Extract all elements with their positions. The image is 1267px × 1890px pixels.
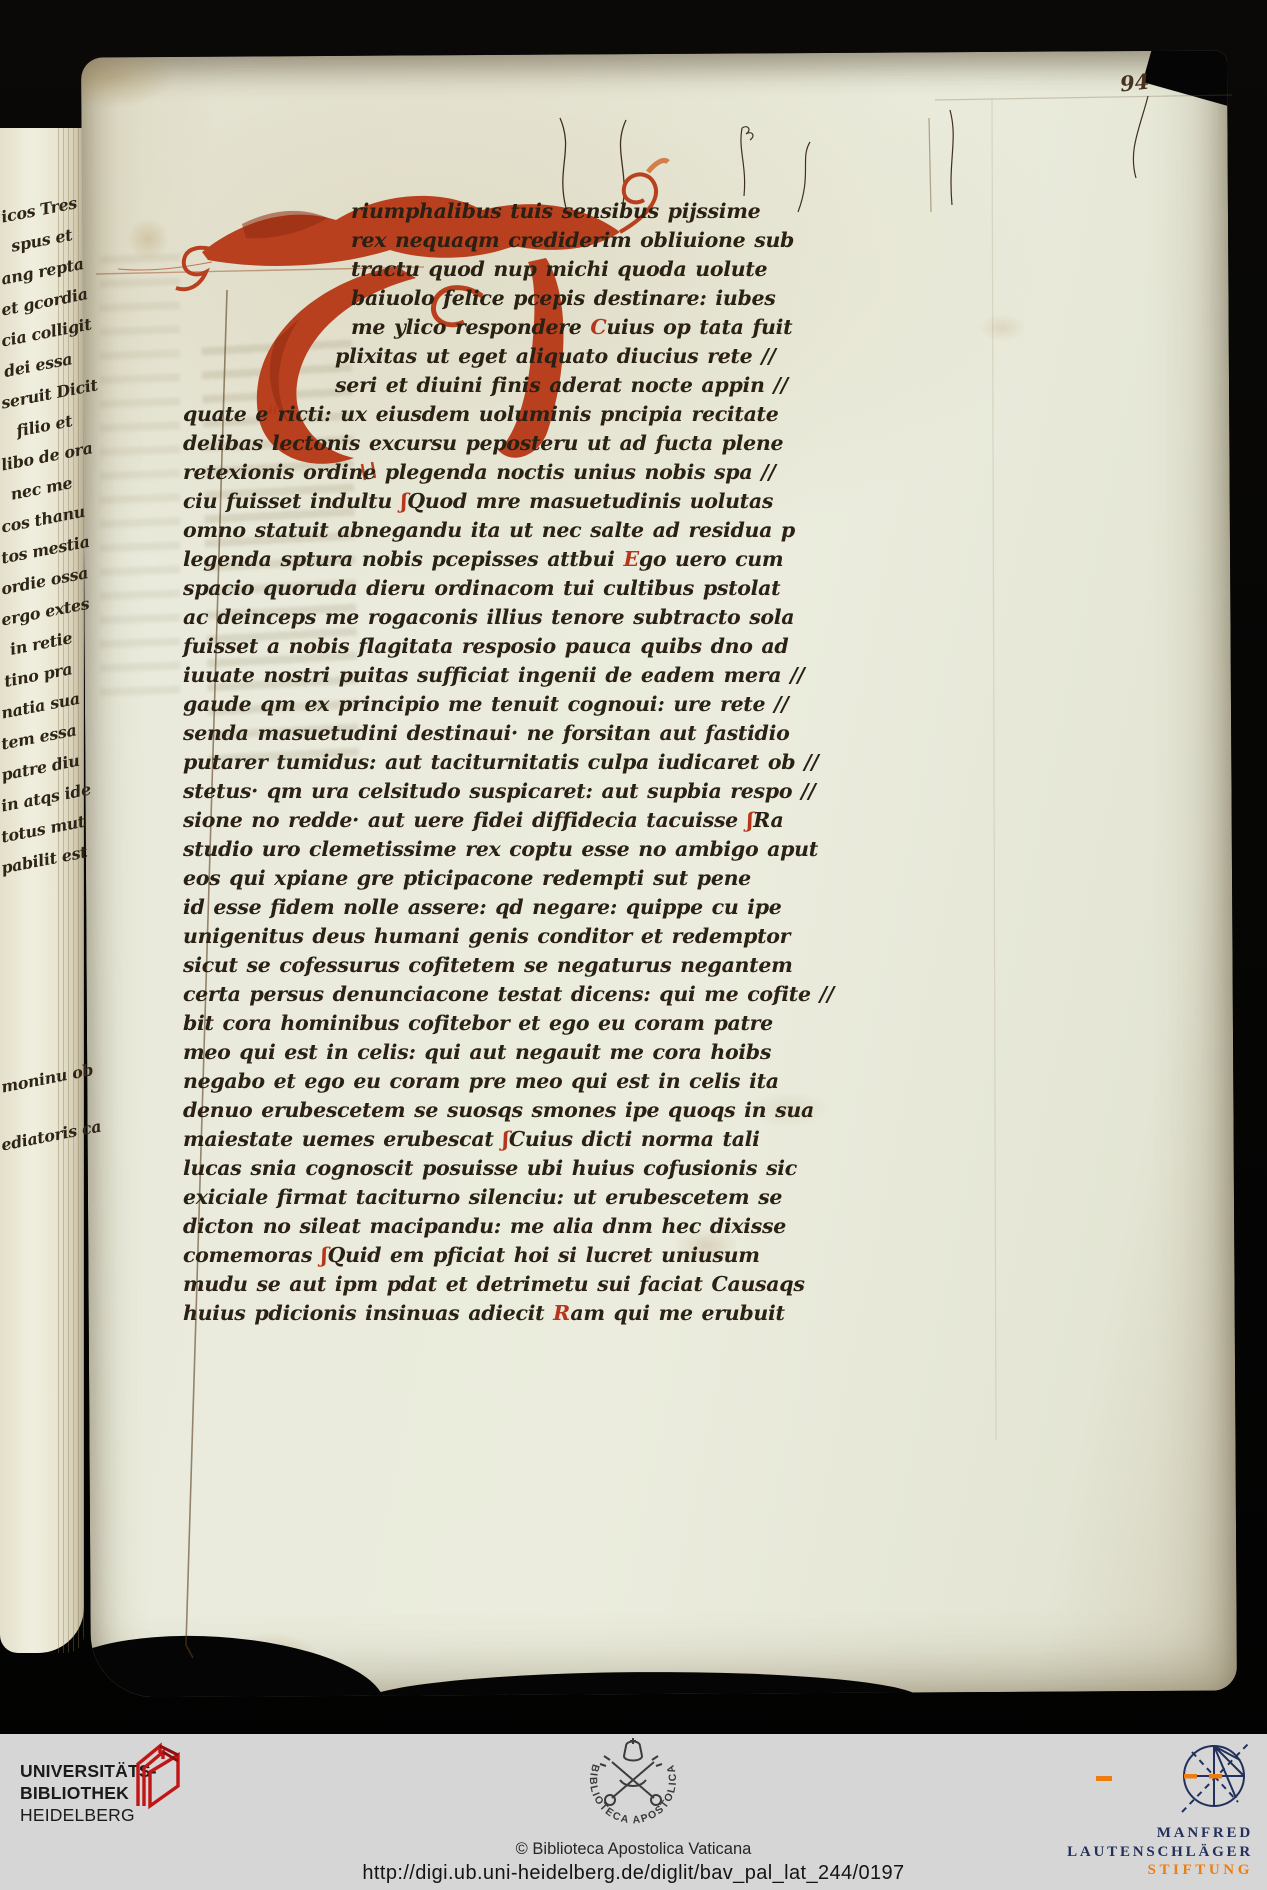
manuscript-line: negabo et ego eu coram pre meo qui est i… bbox=[183, 1067, 848, 1096]
ink-text: Cuius dicti norma tali bbox=[509, 1127, 760, 1151]
ink-text: me ylico respondere bbox=[351, 315, 590, 339]
manuscript-line: eos qui xpiane gre pticipacone redempti … bbox=[183, 864, 848, 893]
page-corner-cut bbox=[1143, 51, 1237, 110]
folio-number: 94 bbox=[1119, 69, 1151, 97]
ink-text: iuuate nostri puitas sufficiat ingenii d… bbox=[183, 663, 805, 687]
ink-text: retexionis ordine plegenda noctis unius … bbox=[183, 460, 776, 484]
manuscript-line: ac deinceps me rogaconis illius tenore s… bbox=[183, 603, 848, 632]
manuscript-line: legenda sptura nobis pcepisses attbui Eg… bbox=[183, 545, 848, 574]
ink-text: exiciale firmat taciturno silenciu: ut e… bbox=[183, 1185, 782, 1209]
manuscript-line: quate eⁱⁱricti: ux eiusdem uoluminis pnc… bbox=[183, 400, 848, 429]
ink-text: go uero cum bbox=[639, 547, 783, 571]
ink-text: putarer tumidus: aut taciturnitatis culp… bbox=[183, 750, 818, 774]
ink-text: lucas snia cognoscit posuisse ubi huius … bbox=[183, 1156, 797, 1180]
ink-text: fuisset a nobis flagitata resposio pauca… bbox=[183, 634, 788, 658]
ink-text: ciu fuisset indultu bbox=[183, 489, 401, 513]
footer-bar: UNIVERSITÄTS- BIBLIOTHEK HEIDELBERG bbox=[0, 1734, 1267, 1890]
ink-text: seri et diuini finis aderat nocte appin … bbox=[335, 373, 788, 397]
biblioteca-apostolica-vaticana-emblem: BIBLIOTECA APOSTOLICA VATICANA bbox=[560, 1736, 706, 1838]
ink-text: huius pdicionis insinuas adiecit bbox=[183, 1301, 553, 1325]
digitized-manuscript-viewer: icos Tresspus etang reptaet gcordiacia c… bbox=[0, 0, 1267, 1890]
manuscript-line: certa persus denunciacone testat dicens:… bbox=[183, 980, 848, 1009]
facing-page-fragment: moninu ob bbox=[0, 1058, 75, 1102]
manuscript-line: tractu quod nup michi quoda uolute bbox=[351, 255, 848, 284]
ink-text: plixitas ut eget aliquato diucius rete /… bbox=[335, 344, 776, 368]
manuscript-lines: riumphalibus tuis sensibus pijssimerex n… bbox=[183, 197, 848, 1328]
rubric-mark: C bbox=[590, 315, 606, 339]
manuscript-line: ciu fuisset indultu ʃQuod mre masuetudin… bbox=[183, 487, 848, 516]
manuscript-line: unigenitus deus humani genis conditor et… bbox=[183, 922, 848, 951]
ink-text: stetus· qm ura celsitudo suspicaret: aut… bbox=[183, 779, 815, 803]
facing-page-fragment: ediatoris ca bbox=[0, 1116, 75, 1160]
manuscript-line: meo qui est in celis: qui aut negauit me… bbox=[183, 1038, 848, 1067]
manuscript-line: delibas lectonis excursu peposteru ut ad… bbox=[183, 429, 848, 458]
ink-text: sione no redde· aut uere fidei diffideci… bbox=[183, 808, 747, 832]
rubric-mark: ⁱⁱ bbox=[268, 402, 277, 426]
ink-text: Quod mre masuetudinis uolutas bbox=[407, 489, 773, 513]
ink-text: Ra bbox=[753, 808, 783, 832]
manuscript-line: lucas snia cognoscit posuisse ubi huius … bbox=[183, 1154, 848, 1183]
manuscript-line: huius pdicionis insinuas adiecit Ram qui… bbox=[183, 1299, 848, 1328]
rubric-mark: R bbox=[553, 1301, 570, 1325]
ink-text: gaude qm ex principio me tenuit cognoui:… bbox=[183, 692, 788, 716]
ink-text: tractu quod nup michi quoda uolute bbox=[351, 257, 767, 281]
ink-text: ac deinceps me rogaconis illius tenore s… bbox=[183, 605, 794, 629]
ink-text: rex nequaqm crediderim obliuione sub bbox=[351, 228, 794, 252]
manuscript-line: sicut se cofessurus cofitetem se negatur… bbox=[183, 951, 848, 980]
ink-text: ricti: ux eiusdem uoluminis pncipia reci… bbox=[277, 402, 778, 426]
ink-text: am qui me erubuit bbox=[570, 1301, 784, 1325]
manuscript-line: gaude qm ex principio me tenuit cognoui:… bbox=[183, 690, 848, 719]
ink-text: sicut se cofessurus cofitetem se negatur… bbox=[183, 953, 792, 977]
manuscript-line: fuisset a nobis flagitata resposio pauca… bbox=[183, 632, 848, 661]
facing-page-text-fragments: icos Tresspus etang reptaet gcordiacia c… bbox=[0, 188, 76, 870]
ink-text: legenda sptura nobis pcepisses attbui bbox=[183, 547, 623, 571]
manuscript-line: iuuate nostri puitas sufficiat ingenii d… bbox=[183, 661, 848, 690]
manuscript-line: omno statuit abnegandu ita ut nec salte … bbox=[183, 516, 848, 545]
manuscript-line: studio uro clemetissime rex coptu esse n… bbox=[183, 835, 848, 864]
manuscript-line: sione no redde· aut uere fidei diffideci… bbox=[183, 806, 848, 835]
facing-page-text-fragments-lower: moninu obediatoris ca bbox=[0, 1058, 76, 1174]
ink-text: baiuolo felice pcepis destinare: iubes bbox=[351, 286, 775, 310]
ink-text: senda masuetudini destinaui· ne forsitan… bbox=[183, 721, 789, 745]
rubric-mark: E bbox=[623, 547, 638, 571]
svg-text:BIBLIOTECA APOSTOLICA VATICANA: BIBLIOTECA APOSTOLICA VATICANA bbox=[560, 1736, 679, 1826]
manuscript-line: putarer tumidus: aut taciturnitatis culp… bbox=[183, 748, 848, 777]
ink-text: bit cora hominibus cofitebor et ego eu c… bbox=[183, 1011, 773, 1035]
ink-text: meo qui est in celis: qui aut negauit me… bbox=[183, 1040, 771, 1064]
manuscript-line: retexionis ordine plegenda noctis unius … bbox=[183, 458, 848, 487]
mls-globe-icon bbox=[1176, 1740, 1252, 1820]
manuscript-line: mudu se aut ipm pdat et detrimetu sui fa… bbox=[183, 1270, 848, 1299]
manuscript-line: exiciale firmat taciturno silenciu: ut e… bbox=[183, 1183, 848, 1212]
manuscript-line: me ylico respondere Cuius op tata fuit bbox=[351, 313, 848, 342]
mls-line3: STIFTUNG bbox=[1067, 1861, 1253, 1880]
page-bottom-curve bbox=[361, 1670, 921, 1697]
ub-heidelberg-book-icon bbox=[132, 1742, 182, 1816]
ink-text: Quid em pficiat hoi si lucret uniusum bbox=[328, 1243, 760, 1267]
mls-line2: LAUTENSCHLÄGER bbox=[1067, 1843, 1253, 1862]
ink-text: omno statuit abnegandu ita ut nec salte … bbox=[183, 518, 795, 542]
manuscript-line: id esse fidem nolle assere: qd negare: q… bbox=[183, 893, 848, 922]
page-bottom-curve bbox=[81, 1626, 388, 1697]
manuscript-line: denuo erubescetem se suosqs smones ipe q… bbox=[183, 1096, 848, 1125]
ink-text: eos qui xpiane gre pticipacone redempti … bbox=[183, 866, 751, 890]
mls-orange-dash bbox=[1096, 1776, 1112, 1781]
manuscript-line: stetus· qm ura celsitudo suspicaret: aut… bbox=[183, 777, 848, 806]
ink-text: delibas lectonis excursu peposteru ut ad… bbox=[183, 431, 783, 455]
manuscript-line: bit cora hominibus cofitebor et ego eu c… bbox=[183, 1009, 848, 1038]
ink-text: spacio quoruda dieru ordinacom tui culti… bbox=[183, 576, 780, 600]
manuscript-line: spacio quoruda dieru ordinacom tui culti… bbox=[183, 574, 848, 603]
ink-text: quate e bbox=[183, 402, 268, 426]
vatican-arc-text: BIBLIOTECA APOSTOLICA VATICANA bbox=[560, 1736, 679, 1826]
ink-text: studio uro clemetissime rex coptu esse n… bbox=[183, 837, 818, 861]
manuscript-line: senda masuetudini destinaui· ne forsitan… bbox=[183, 719, 848, 748]
manuscript-line: maiestate uemes erubescat ʃCuius dicti n… bbox=[183, 1125, 848, 1154]
ink-text: dicton no sileat macipandu: me alia dnm … bbox=[183, 1214, 786, 1238]
ink-text: negabo et ego eu coram pre meo qui est i… bbox=[183, 1069, 779, 1093]
manuscript-line: riumphalibus tuis sensibus pijssime bbox=[351, 197, 848, 226]
manuscript-line: comemoras ʃQuid em pficiat hoi si lucret… bbox=[183, 1241, 848, 1270]
mls-wordmark: MANFRED LAUTENSCHLÄGER STIFTUNG bbox=[1067, 1824, 1253, 1880]
manuscript-line: seri et diuini finis aderat nocte appin … bbox=[335, 371, 848, 400]
ink-text: riumphalibus tuis sensibus pijssime bbox=[351, 199, 760, 223]
mls-line1: MANFRED bbox=[1067, 1824, 1253, 1843]
manuscript-line: rex nequaqm crediderim obliuione sub bbox=[351, 226, 848, 255]
ink-text: uius op tata fuit bbox=[606, 315, 792, 339]
manuscript-line: baiuolo felice pcepis destinare: iubes bbox=[351, 284, 848, 313]
ink-text: certa persus denunciacone testat dicens:… bbox=[183, 982, 834, 1006]
ink-text: comemoras bbox=[183, 1243, 321, 1267]
ink-text: denuo erubescetem se suosqs smones ipe q… bbox=[183, 1098, 814, 1122]
manuscript-line: dicton no sileat macipandu: me alia dnm … bbox=[183, 1212, 848, 1241]
ink-text: id esse fidem nolle assere: qd negare: q… bbox=[183, 895, 782, 919]
ink-text: unigenitus deus humani genis conditor et… bbox=[183, 924, 790, 948]
ink-text: maiestate uemes erubescat bbox=[183, 1127, 502, 1151]
manuscript-line: plixitas ut eget aliquato diucius rete /… bbox=[335, 342, 848, 371]
ink-text: mudu se aut ipm pdat et detrimetu sui fa… bbox=[183, 1272, 805, 1296]
